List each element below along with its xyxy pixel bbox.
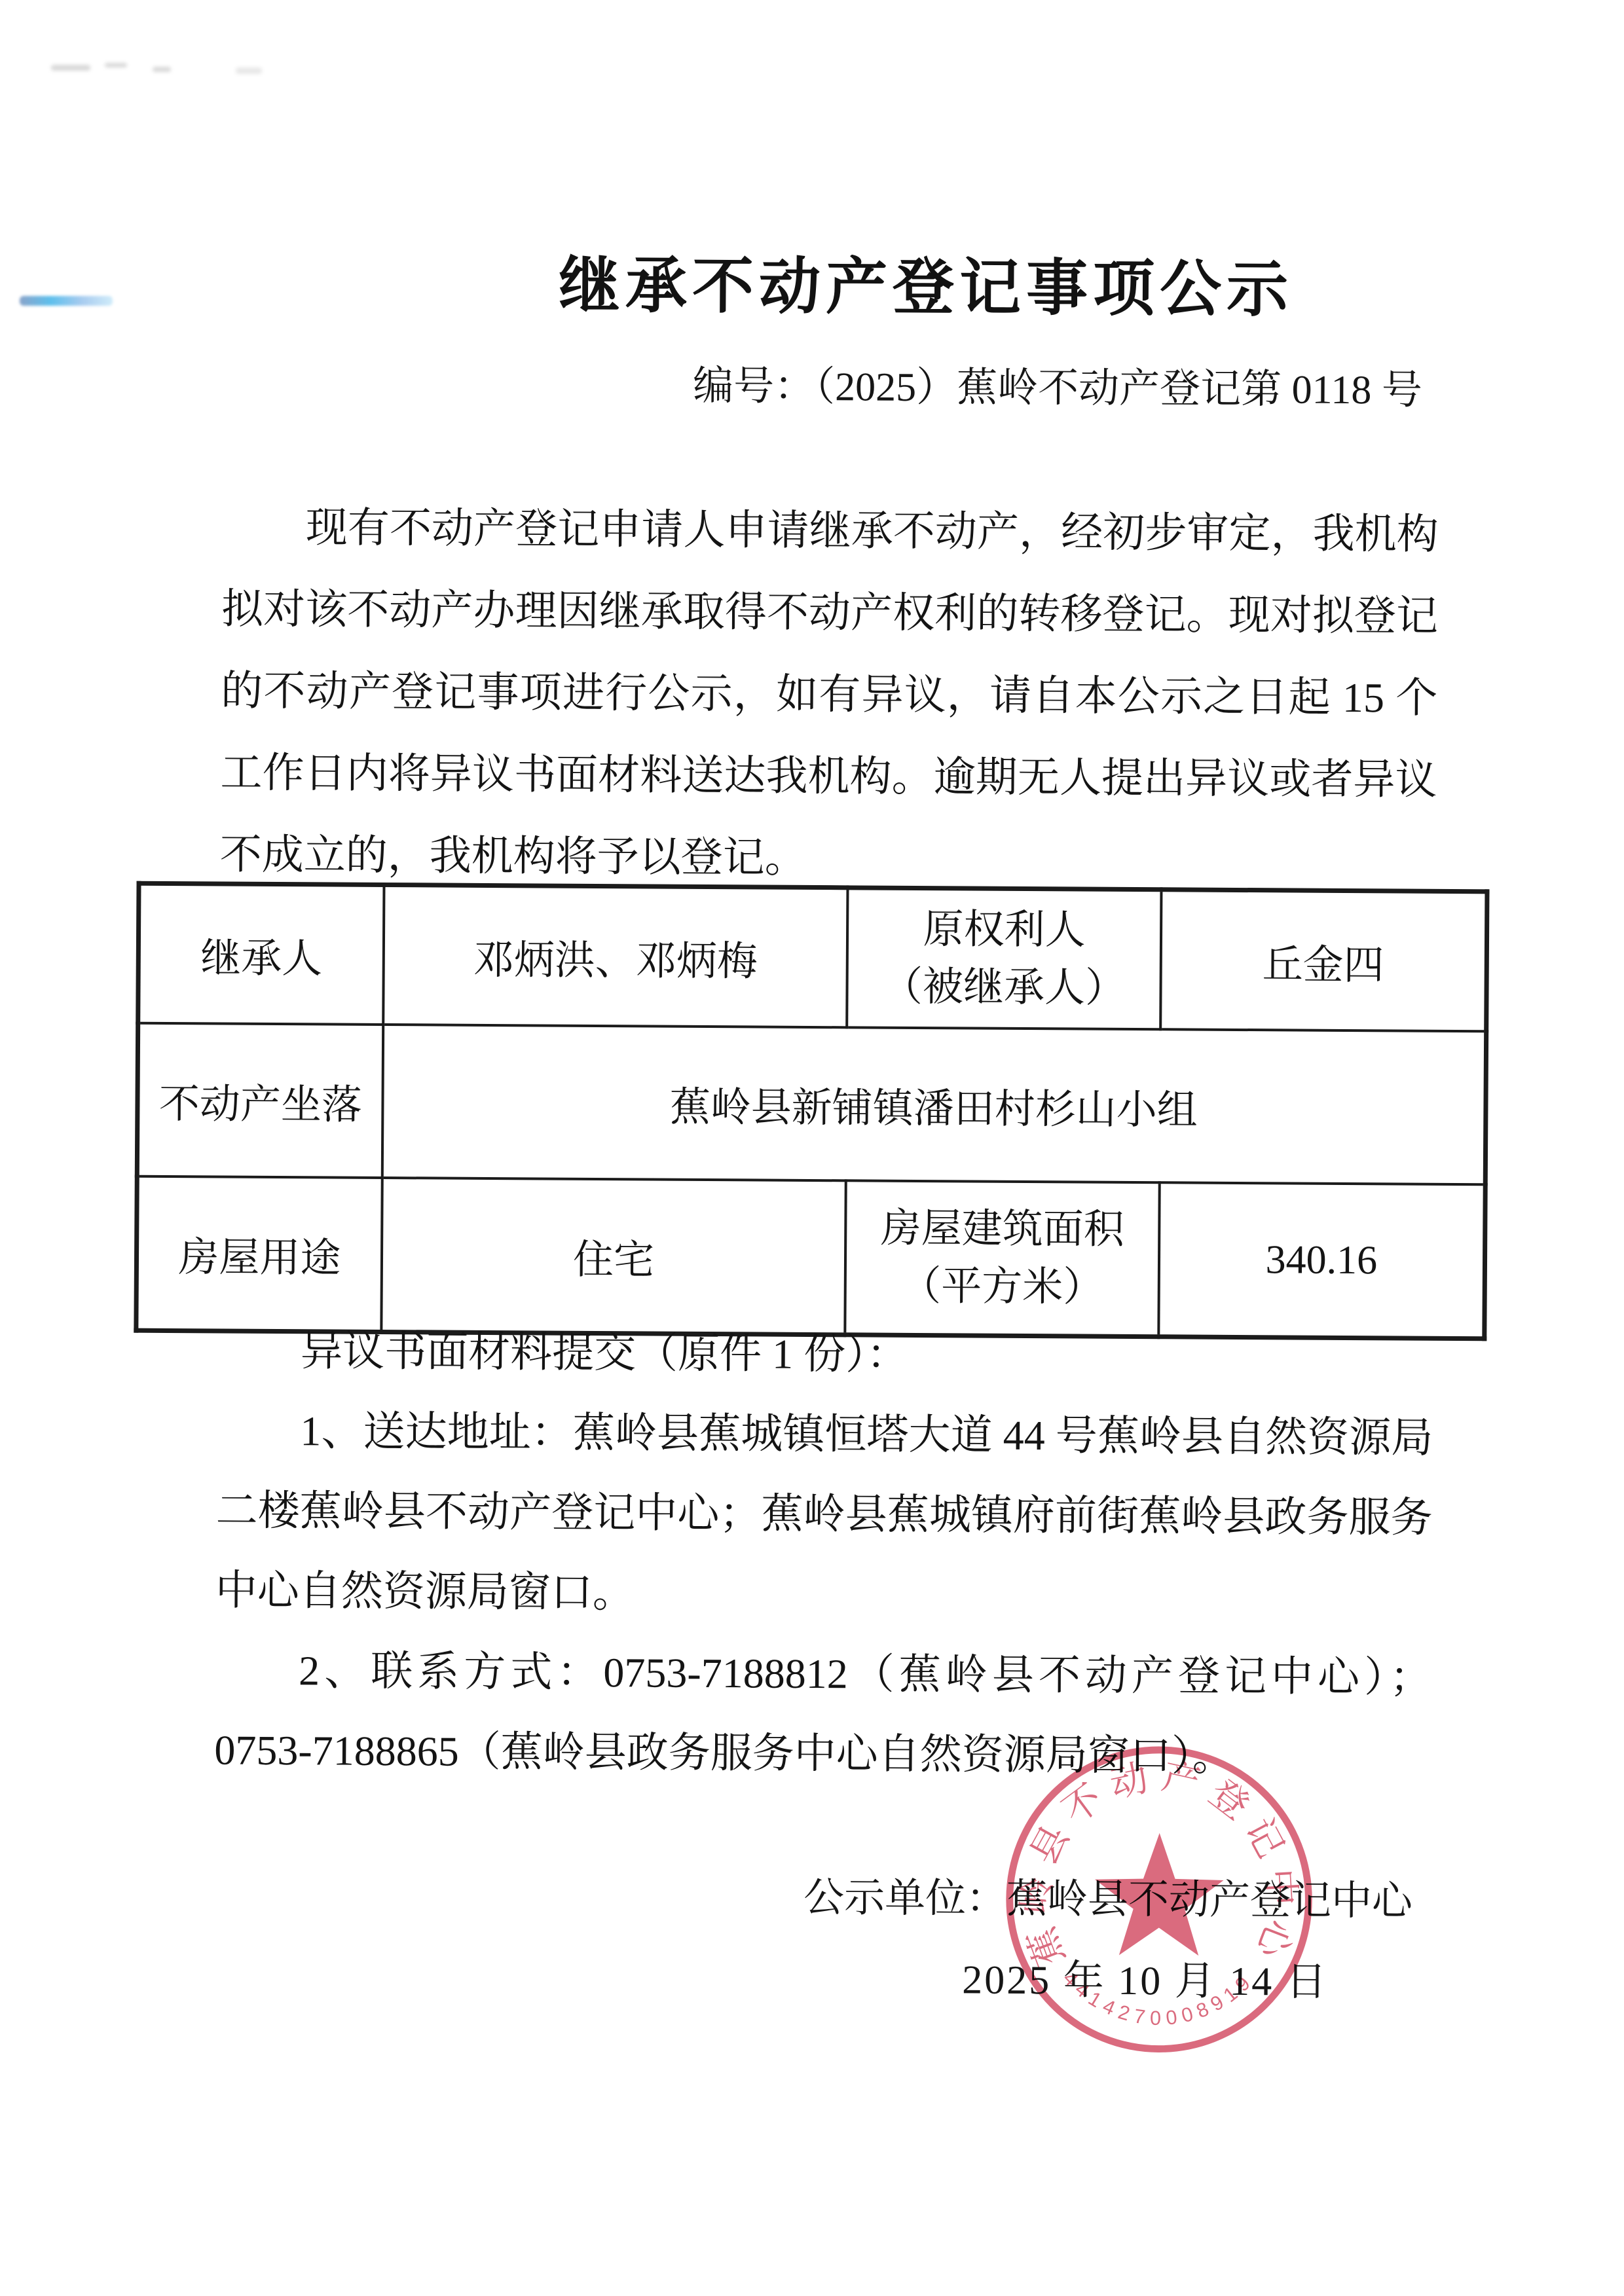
scanned-notice-page: 继承不动产登记事项公示 编号：（2025）蕉岭不动产登记第 0118 号 现有不… [0, 0, 1624, 2296]
table-row-location: 不动产坐落 蕉岭县新铺镇潘田村杉山小组 [137, 1023, 1486, 1185]
original-holder-label-line2: （被继承人） [856, 958, 1151, 1017]
document-content: 继承不动产登记事项公示 编号：（2025）蕉岭不动产登记第 0118 号 现有不… [0, 0, 1624, 2296]
usage-label-cell: 房屋用途 [136, 1176, 382, 1332]
usage-value-cell: 住宅 [381, 1178, 846, 1335]
objection-section: 异议书面材料提交（原件 1 份）： 1、送达地址：蕉岭县蕉城镇恒塔大道 44 号… [214, 1311, 1433, 1797]
location-label-cell: 不动产坐落 [137, 1023, 383, 1178]
original-holder-label-line1: 原权利人 [857, 900, 1152, 960]
area-label-line2: （平方米） [855, 1257, 1150, 1317]
area-label-line1: 房屋建筑面积 [855, 1199, 1150, 1259]
area-label-cell: 房屋建筑面积 （平方米） [845, 1180, 1159, 1336]
heir-label-cell: 继承人 [138, 883, 384, 1025]
signature-date: 2025 年 10 月 14 日 [962, 1946, 1329, 2007]
original-holder-value-cell: 丘金四 [1160, 890, 1487, 1032]
area-value-cell: 340.16 [1158, 1182, 1485, 1339]
objection-item-contact: 2、联系方式：0753-7188812（蕉岭县不动产登记中心）；0753-718… [214, 1630, 1431, 1797]
objection-heading: 异议书面材料提交（原件 1 份）： [217, 1311, 1434, 1398]
table-row-heir: 继承人 邓炳洪、邓炳梅 原权利人 （被继承人） 丘金四 [138, 883, 1487, 1031]
registration-table: 继承人 邓炳洪、邓炳梅 原权利人 （被继承人） 丘金四 不动产坐落 蕉岭县新铺镇… [134, 881, 1489, 1341]
signature-unit: 公示单位：蕉岭县不动产登记中心 [803, 1865, 1413, 1927]
heir-value-cell: 邓炳洪、邓炳梅 [383, 885, 848, 1028]
objection-item-address: 1、送达地址：蕉岭县蕉城镇恒塔大道 44 号蕉岭县自然资源局二楼蕉岭县不动产登记… [215, 1391, 1433, 1637]
location-value-cell: 蕉岭县新铺镇潘田村杉山小组 [382, 1025, 1486, 1184]
page-title: 继承不动产登记事项公示 [559, 236, 1294, 329]
intro-paragraph: 现有不动产登记申请人申请继承不动产，经初步审定，我机构拟对该不动产办理因继承取得… [219, 486, 1439, 902]
document-number: 编号：（2025）蕉岭不动产登记第 0118 号 [693, 353, 1422, 416]
original-holder-label-cell: 原权利人 （被继承人） [847, 888, 1161, 1029]
